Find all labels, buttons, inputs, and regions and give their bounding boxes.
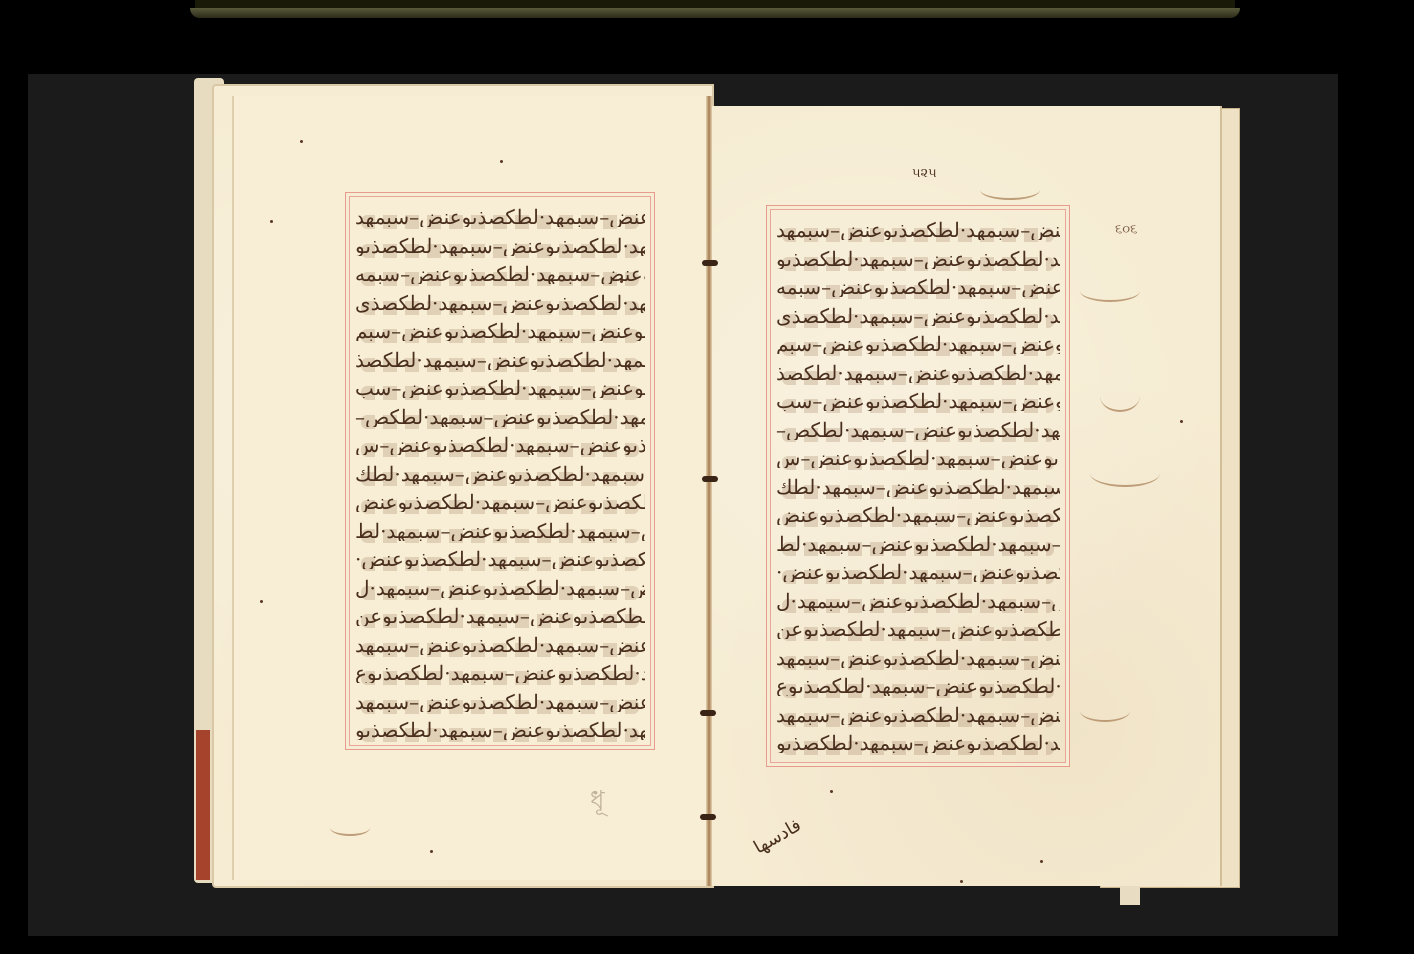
binding-stitch bbox=[702, 476, 718, 482]
handwritten-line: طكصذىوعنض–سبمهد·لطكصذىوعنض–س bbox=[355, 433, 645, 455]
handwritten-line: مهد·لطكصذىوعنض–سبمهد·لطكصذىو bbox=[776, 731, 1060, 753]
handwritten-line: ىوعنض–سبمهد·لطكصذىوعنض–سبمهد bbox=[776, 703, 1060, 725]
ink-spot bbox=[300, 140, 303, 143]
handwritten-line: ىوعنض–سبمهد·لطكصذىوعنض–سبمهد bbox=[776, 218, 1060, 240]
ink-spot bbox=[1180, 420, 1183, 423]
ink-spot bbox=[960, 880, 963, 883]
worm-track bbox=[1090, 460, 1160, 487]
ink-spot bbox=[620, 280, 623, 283]
worm-track bbox=[1080, 700, 1130, 722]
handwritten-line: –سبمهد·لطكصذىوعنض–سبمهد·لطكص bbox=[776, 418, 1060, 440]
handwritten-line: ·لطكصذىوعنض–سبمهد·لطكصذىوعنض bbox=[355, 547, 645, 569]
handwritten-line: مهد·لطكصذىوعنض–سبمهد·لطكصذىو bbox=[355, 718, 645, 740]
handwritten-line: صذىوعنض–سبمهد·لطكصذىوعنض–سبم bbox=[355, 319, 645, 341]
binding-stitch bbox=[700, 710, 716, 716]
worm-track bbox=[330, 820, 370, 836]
handwritten-line: نض–سبمهد·لطكصذىوعنض–سبمهد·لط bbox=[776, 532, 1060, 554]
faded-margin-mark: ধূ bbox=[590, 780, 605, 824]
margin-number: ૬૦૬ bbox=[1115, 222, 1137, 237]
book-gutter bbox=[706, 96, 712, 886]
handwritten-line: ذىوعنض–سبمهد·لطكصذىوعنض–سبمه bbox=[355, 262, 645, 284]
handwritten-line: –سبمهد·لطكصذىوعنض–سبمهد·لطكص bbox=[355, 405, 645, 427]
ink-spot bbox=[430, 850, 433, 853]
top-light-bar bbox=[190, 8, 1240, 18]
binding-stitch bbox=[702, 260, 718, 266]
handwritten-line: ذىوعنض–سبمهد·لطكصذىوعنض–سبمه bbox=[776, 275, 1060, 297]
worm-track bbox=[1100, 380, 1140, 412]
ink-spot bbox=[270, 220, 273, 223]
handwritten-line: ض–سبمهد·لطكصذىوعنض–سبمهد·لطك bbox=[776, 475, 1060, 497]
handwritten-line: وعنض–سبمهد·لطكصذىوعنض–سبمهد· bbox=[355, 633, 645, 655]
handwritten-line: نض–سبمهد·لطكصذىوعنض–سبمهد·لط bbox=[355, 519, 645, 541]
ink-spot bbox=[830, 790, 833, 793]
handwritten-line: سبمهد·لطكصذىوعنض–سبمهد·لطكصذ bbox=[355, 348, 645, 370]
handwritten-line: عنض–سبمهد·لطكصذىوعنض–سبمهد·ل bbox=[355, 576, 645, 598]
handwritten-line: بمهد·لطكصذىوعنض–سبمهد·لطكصذى bbox=[776, 304, 1060, 326]
ink-spot bbox=[500, 160, 503, 163]
handwritten-line: مهد·لطكصذىوعنض–سبمهد·لطكصذىو bbox=[355, 234, 645, 256]
handwritten-line: ·لطكصذىوعنض–سبمهد·لطكصذىوعنض bbox=[776, 560, 1060, 582]
handwritten-line: عنض–سبمهد·لطكصذىوعنض–سبمهد·ل bbox=[776, 589, 1060, 611]
handwritten-line: هد·لطكصذىوعنض–سبمهد·لطكصذىوع bbox=[776, 674, 1060, 696]
handwritten-line: بمهد·لطكصذىوعنض–سبمهد·لطكصذى bbox=[355, 291, 645, 313]
handwritten-line: د·لطكصذىوعنض–سبمهد·لطكصذىوعن bbox=[776, 617, 1060, 639]
handwritten-line: هد·لطكصذىوعنض–سبمهد·لطكصذىوع bbox=[355, 661, 645, 683]
worm-track bbox=[980, 180, 1040, 200]
handwritten-line: ض–سبمهد·لطكصذىوعنض–سبمهد·لطك bbox=[355, 462, 645, 484]
left-cover-red-binding bbox=[196, 730, 210, 880]
handwritten-line: سبمهد·لطكصذىوعنض–سبمهد·لطكصذ bbox=[776, 361, 1060, 383]
binding-stitch bbox=[700, 814, 716, 820]
ink-spot bbox=[260, 600, 263, 603]
handwritten-line: مهد·لطكصذىوعنض–سبمهد·لطكصذىو bbox=[776, 247, 1060, 269]
handwritten-line: لطكصذىوعنض–سبمهد·لطكصذىوعنض– bbox=[355, 490, 645, 512]
handwritten-line: كصذىوعنض–سبمهد·لطكصذىوعنض–سب bbox=[776, 389, 1060, 411]
ink-spot bbox=[1040, 860, 1043, 863]
handwritten-line: ىوعنض–سبمهد·لطكصذىوعنض–سبمهد bbox=[355, 205, 645, 227]
handwritten-line: وعنض–سبمهد·لطكصذىوعنض–سبمهد· bbox=[776, 646, 1060, 668]
folio-number: ૫૨૫ bbox=[912, 166, 937, 181]
worm-track bbox=[1080, 280, 1140, 302]
handwritten-line: ىوعنض–سبمهد·لطكصذىوعنض–سبمهد bbox=[355, 690, 645, 712]
handwritten-line: طكصذىوعنض–سبمهد·لطكصذىوعنض–س bbox=[776, 446, 1060, 468]
top-edge-shadow bbox=[195, 0, 1235, 8]
handwritten-line: صذىوعنض–سبمهد·لطكصذىوعنض–سبم bbox=[776, 332, 1060, 354]
handwritten-line: كصذىوعنض–سبمهد·لطكصذىوعنض–سب bbox=[355, 376, 645, 398]
handwritten-line: د·لطكصذىوعنض–سبمهد·لطكصذىوعن bbox=[355, 604, 645, 626]
handwritten-line: لطكصذىوعنض–سبمهد·لطكصذىوعنض– bbox=[776, 503, 1060, 525]
